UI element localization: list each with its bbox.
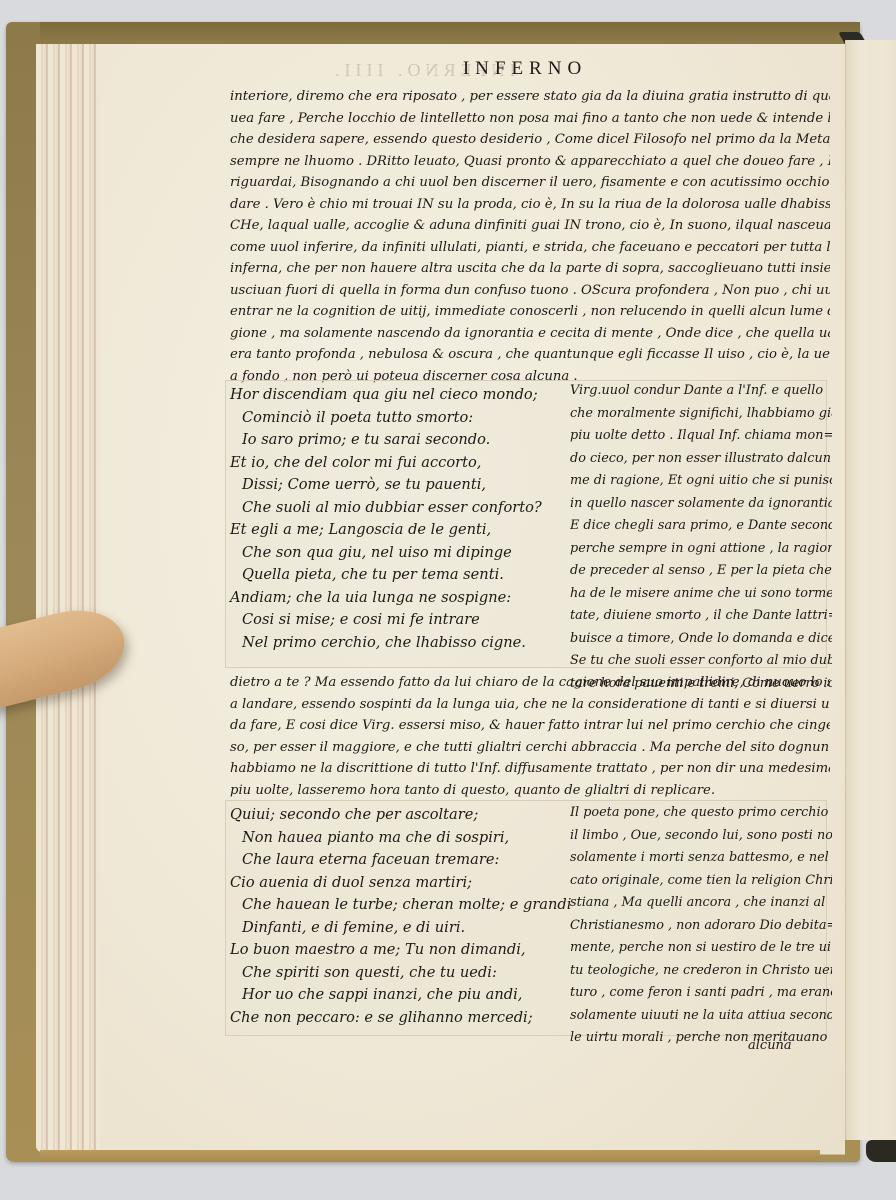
commentary-line: entrar ne la cognition de uitij, immedia…: [230, 301, 830, 323]
gloss-line: buisce a timore, Onde lo domanda e dice,: [570, 628, 832, 651]
verse-line: Che hauean le turbe; cheran molte; e gra…: [230, 894, 560, 917]
gloss-line: do cieco, per non esser illustrato dalcu…: [570, 448, 832, 471]
verse-line: Cominciò il poeta tutto smorto:: [230, 407, 560, 430]
gloss-line: tate, diuiene smorto , il che Dante latt…: [570, 605, 832, 628]
verse-line: Dissi; Come uerrò, se tu pauenti,: [230, 474, 560, 497]
gloss-line: ha de le misere anime che ui sono tormen…: [570, 583, 832, 606]
gloss-line: perche sempre in ogni attione , la ragio…: [570, 538, 832, 561]
verse-line: Lo buon maestro a me; Tu non dimandi,: [230, 939, 560, 962]
commentary-line: dare . Vero è chio mi trouai IN su la pr…: [230, 194, 830, 216]
commentary-line: era tanto profonda , nebulosa & oscura ,…: [230, 344, 830, 366]
commentary-line: dietro a te ? Ma essendo fatto da lui ch…: [230, 672, 830, 694]
verse-line: Che spiriti son questi, che tu uedi:: [230, 962, 560, 985]
commentary-top: interiore, diremo che era riposato , per…: [230, 86, 830, 387]
gloss-line: tu teologiche, ne crederon in Christo ue…: [570, 960, 832, 983]
commentary-line: uea fare , Perche locchio de lintelletto…: [230, 108, 830, 130]
clasp-tie-bottom: [866, 1140, 896, 1162]
commentary-line: che desidera sapere, essendo questo desi…: [230, 129, 830, 151]
gloss-line: piu uolte detto . Ilqual Inf. chiama mon…: [570, 425, 832, 448]
commentary-line: sempre ne lhuomo . DRitto leuato, Quasi …: [230, 151, 830, 173]
verse-line: Et egli a me; Langoscia de le genti,: [230, 519, 560, 542]
gloss-line: cato originale, come tien la religion Ch…: [570, 870, 832, 893]
gloss-line: che moralmente significhi, lhabbiamo gia: [570, 403, 832, 426]
running-head: INFERNO: [440, 58, 610, 80]
verse-line: Andiam; che la uia lunga ne sospigne:: [230, 587, 560, 610]
cover-turn-in: [40, 22, 860, 46]
gloss-line: de preceder al senso , E per la pieta ch…: [570, 560, 832, 583]
verse-line: Che suoli al mio dubbiar esser conforto?: [230, 497, 560, 520]
verse-line: Che non peccaro: e se glihanno mercedi;: [230, 1007, 560, 1030]
gloss-line: Il poeta pone, che questo primo cerchio …: [570, 802, 832, 825]
commentary-line: a landare, essendo sospinti da la lunga …: [230, 694, 830, 716]
gloss-line: solamente i morti senza battesmo, e nel …: [570, 847, 832, 870]
commentary-line: piu uolte, lasseremo hora tanto di quest…: [230, 780, 830, 802]
verse-line: Quella pieta, che tu per tema senti.: [230, 564, 560, 587]
commentary-line: usciuan fuori di quella in forma dun con…: [230, 280, 830, 302]
commentary-line: riguardai, Bisognando a chi uuol ben dis…: [230, 172, 830, 194]
gloss-line: le uirtu morali , perche non meritauano: [570, 1027, 832, 1050]
gloss-line: in quello nascer solamente da ignorantia…: [570, 493, 832, 516]
gloss-line: mente, perche non si uestiro de le tre u…: [570, 937, 832, 960]
commentary-line: gione , ma solamente nascendo da ignoran…: [230, 323, 830, 345]
commentary-line: interiore, diremo che era riposato , per…: [230, 86, 830, 108]
verse-line: Non hauea pianto ma che di sospiri,: [230, 827, 560, 850]
commentary-line: so, per esser il maggiore, e che tutti g…: [230, 737, 830, 759]
catchword: alcuna: [748, 1038, 792, 1053]
gloss-line: E dice chegli sara primo, e Dante second…: [570, 515, 832, 538]
gloss-line: Se tu che suoli esser conforto al mio du…: [570, 650, 832, 673]
gloss-block-2: Il poeta pone, che questo primo cerchio …: [570, 802, 832, 1050]
gloss-line: il limbo , Oue, secondo lui, sono posti …: [570, 825, 832, 848]
commentary-line: inferna, che per non hauere altra uscita…: [230, 258, 830, 280]
verse-line: Dinfanti, e di femine, e di uiri.: [230, 917, 560, 940]
verse-line: Nel primo cerchio, che lhabisso cigne.: [230, 632, 560, 655]
commentary-middle: dietro a te ? Ma essendo fatto da lui ch…: [230, 672, 830, 801]
verse-line: Cio auenia di duol senza martiri;: [230, 872, 560, 895]
verse-line: Quiui; secondo che per ascoltare;: [230, 804, 560, 827]
verse-line: Hor discendiam qua giu nel cieco mondo;: [230, 384, 560, 407]
verse-line: Hor uo che sappi inanzi, che piu andi,: [230, 984, 560, 1007]
gloss-line: Christianesmo , non adoraro Dio debita=: [570, 915, 832, 938]
gloss-line: turo , come feron i santi padri , ma era…: [570, 982, 832, 1005]
verses-block-2: Quiui; secondo che per ascoltare; Non ha…: [230, 804, 560, 1029]
verse-line: Che laura eterna faceuan tremare:: [230, 849, 560, 872]
page-fore-edges: [36, 44, 102, 1152]
commentary-line: habbiamo ne la discrittione di tutto l'I…: [230, 758, 830, 780]
commentary-line: CHe, laqual ualle, accoglie & aduna dinf…: [230, 215, 830, 237]
gloss-block-1: Virg.uuol condur Dante a l'Inf. e quello…: [570, 380, 832, 695]
gloss-line: me di ragione, Et ogni uitio che si puni…: [570, 470, 832, 493]
verse-line: Et io, che del color mi fui accorto,: [230, 452, 560, 475]
verse-line: Io saro primo; e tu sarai secondo.: [230, 429, 560, 452]
commentary-line: come uuol inferire, da infiniti ullulati…: [230, 237, 830, 259]
gloss-line: solamente uiuuti ne la uita attiua secon…: [570, 1005, 832, 1028]
commentary-line: da fare, E cosi dice Virg. essersi miso,…: [230, 715, 830, 737]
verse-line: Che son qua giu, nel uiso mi dipinge: [230, 542, 560, 565]
verses-block-1: Hor discendiam qua giu nel cieco mondo; …: [230, 384, 560, 654]
facing-page-edge[interactable]: [845, 40, 896, 1140]
cover-bottom-edge: [40, 1150, 820, 1162]
gloss-line: stiana , Ma quelli ancora , che inanzi a…: [570, 892, 832, 915]
verse-line: Cosi si mise; e cosi mi fe intrare: [230, 609, 560, 632]
gloss-line: Virg.uuol condur Dante a l'Inf. e quello: [570, 380, 832, 403]
